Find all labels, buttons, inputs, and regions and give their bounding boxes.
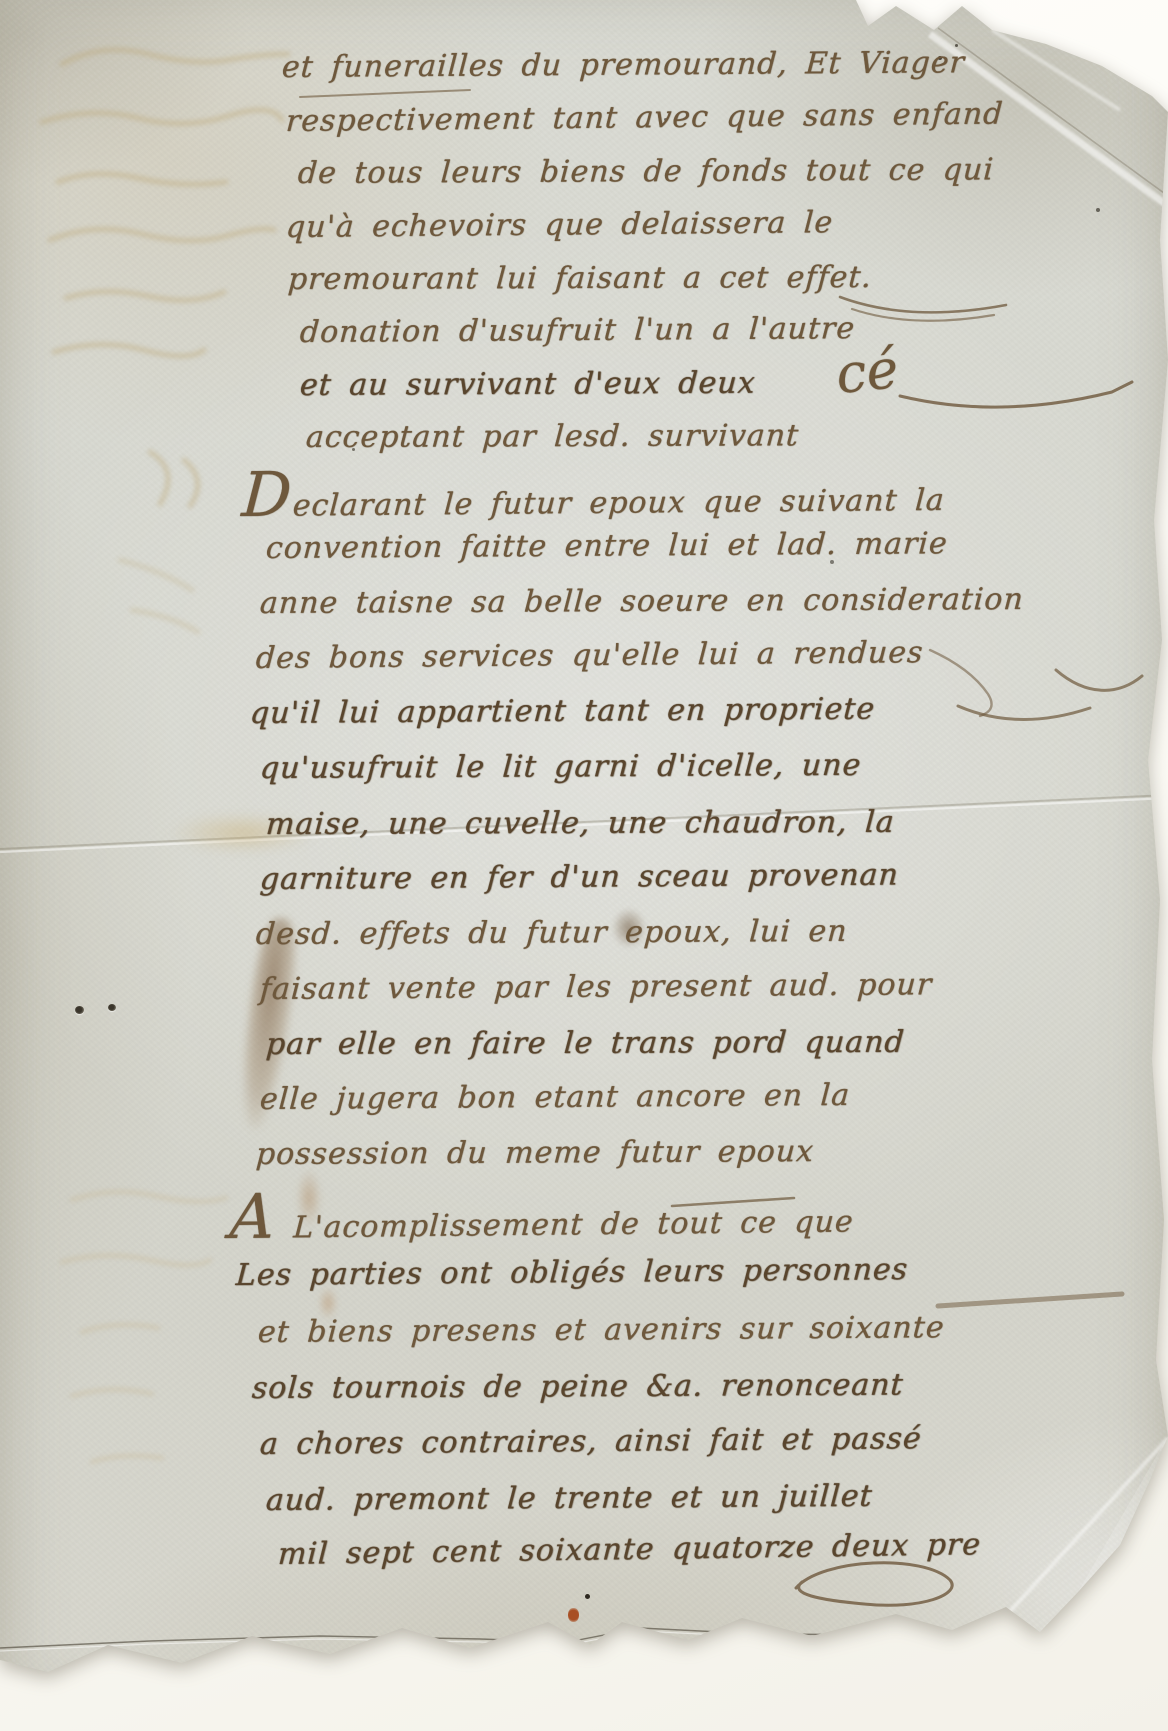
paper-shadow-wrap: et funerailles du premourand, Et Viagerr…	[0, 0, 1168, 1731]
manuscript-line: a chores contraires, ainsi fait et passé	[259, 1421, 923, 1462]
manuscript-line: par elle en faire le trans pord quand	[265, 1025, 906, 1062]
manuscript-line: elle jugera bon etant ancore en la	[259, 1078, 851, 1117]
manuscript-line: maise, une cuvelle, une chaudron, la	[265, 805, 896, 842]
manuscript-line: respectivement tant avec que sans enfand	[285, 96, 1004, 139]
manuscript-line: et au survivant d'eux deux	[299, 366, 757, 403]
manuscript-line: anne taisne sa belle soeure en considera…	[259, 582, 1025, 621]
manuscript-line: desd. effets du futur epoux, lui en	[255, 914, 849, 952]
manuscript-line: qu'usufruit le lit garni d'icelle, une	[259, 748, 863, 786]
manuscript-line: et biens presens et avenirs sur soixante	[257, 1310, 946, 1350]
manuscript-line: et funerailles du premourand, Et Viager	[281, 45, 966, 85]
manuscript-line: convention faitte entre lui et lad. mari…	[265, 526, 949, 566]
manuscript-text: et funerailles du premourand, Et Viagerr…	[0, 0, 1168, 1731]
manuscript-line: aud. premont le trente et un juillet	[265, 1479, 874, 1518]
manuscript-line: qu'à echevoirs que delaissera le	[285, 205, 834, 245]
manuscript-line: acceptant par lesd. survivant	[305, 418, 800, 455]
manuscript-line: de tous leurs biens de fonds tout ce qui	[297, 152, 995, 191]
manuscript-line: des bons services qu'elle lui a rendues	[255, 635, 925, 676]
manuscript-line: sols tournois de peine &a. renonceant	[251, 1368, 905, 1406]
manuscript-line: faisant vente par les present aud. pour	[259, 967, 933, 1007]
manuscript-line: Declarant le futur epoux que suivant la	[240, 466, 946, 524]
manuscript-line: A L'acomplissement de tout ce que	[228, 1187, 855, 1246]
ce-flourish-glyph: cé	[833, 337, 901, 406]
document-scan: et funerailles du premourand, Et Viagerr…	[0, 0, 1168, 1731]
manuscript-line: premourant lui faisant a cet effet.	[287, 260, 873, 297]
manuscript-line: garniture en fer d'un sceau provenan	[259, 858, 900, 897]
manuscript-line: donation d'usufruit l'un a l'autre	[299, 311, 856, 350]
manuscript-line: Les parties ont obligés leurs personnes	[235, 1252, 909, 1293]
manuscript-line: qu'il lui appartient tant en propriete	[249, 692, 876, 731]
manuscript-line: mil sept cent soixante quatorze deux pre	[277, 1527, 982, 1572]
manuscript-line: possession du meme futur epoux	[255, 1134, 815, 1172]
manuscript-page: et funerailles du premourand, Et Viagerr…	[0, 0, 1168, 1731]
